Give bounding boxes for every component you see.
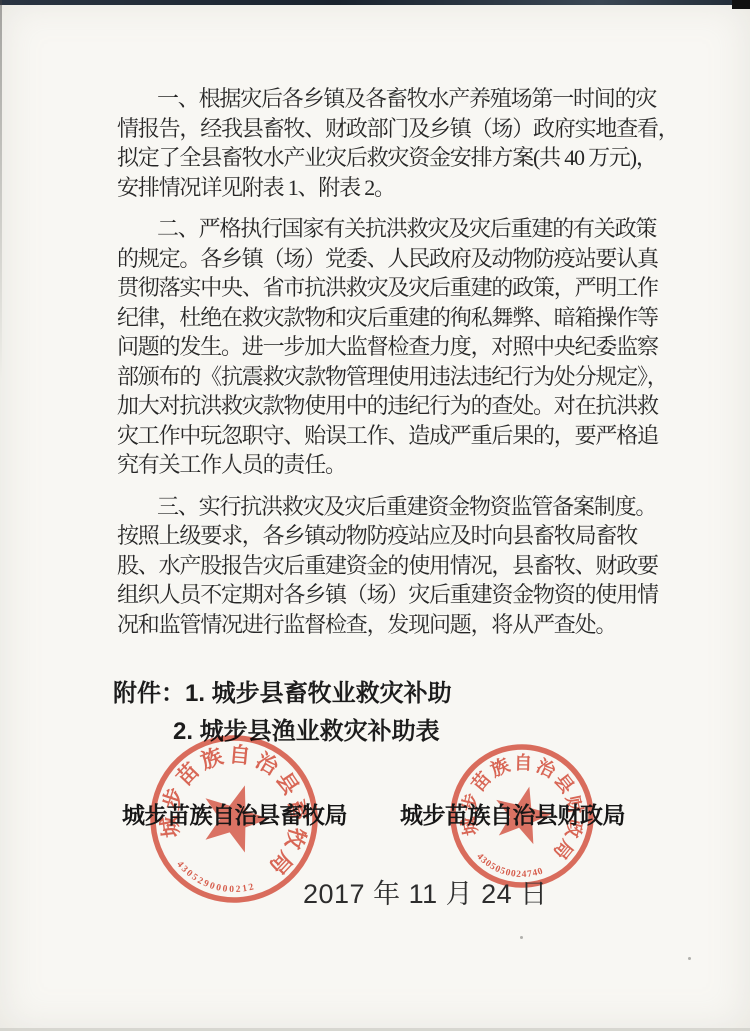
body-text-line: 加大对抗洪救灾款物使用中的违纪行为的查处。对在抗洪救: [117, 391, 677, 421]
body-text-line: 拟定了全县畜牧水产业灾后救灾资金安排方案(共 40 万元)，: [117, 143, 677, 173]
body-text-line: 部颁布的《抗震救灾款物管理使用违法违纪行为处分规定》，: [117, 362, 677, 392]
svg-text:0: 0: [229, 885, 234, 895]
body-text-line: 纪律，杜绝在救灾款物和灾后重建的徇私舞弊、暗箱操作等: [117, 303, 677, 333]
scan-top-edge-artifact: [0, 0, 750, 5]
body-text-line: 二、严格执行国家有关抗洪救灾及灾后重建的有关政策: [117, 214, 677, 244]
body-text-line: 安排情况详见附表 1、附表 2。: [117, 173, 677, 203]
svg-text:族: 族: [487, 754, 513, 782]
signature-agency-livestock: 城步苗族自治县畜牧局: [122, 797, 347, 830]
body-paragraph: 三、实行抗洪救灾及灾后重建资金物资监管备案制度。按照上级要求，各乡镇动物防疫站应…: [117, 492, 677, 640]
attachment-item-1: 1. 城步县畜牧业救灾补助: [185, 680, 452, 707]
body-text-line: 股、水产股报告灾后重建资金的使用情况，县畜牧、财政要: [117, 551, 677, 581]
body-text-line: 问题的发生。进一步加大监督检查力度，对照中央纪委监察: [117, 332, 677, 362]
body-paragraph: 二、严格执行国家有关抗洪救灾及灾后重建的有关政策的规定。各乡镇（场）党委、人民政…: [117, 214, 677, 480]
svg-text:自: 自: [514, 752, 533, 774]
body-text-line: 贯彻落实中央、省市抗洪救灾及灾后重建的政策，严明工作: [117, 273, 677, 303]
body-text-line: 究有关工作人员的责任。: [117, 450, 677, 480]
scanned-document-page: 一、根据灾后各乡镇及各畜牧水产养殖场第一时间的灾情报告，经我县畜牧、财政部门及乡…: [0, 0, 750, 1031]
signature-agency-finance: 城步苗族自治县财政局: [400, 797, 625, 830]
svg-text:局: 局: [549, 835, 577, 863]
body-text-line: 况和监管情况进行监督检查，发现问题，将从严查处。: [117, 610, 677, 640]
svg-text:2: 2: [248, 882, 255, 893]
body-text-line: 灾工作中玩忽职守、贻误工作、造成严重后果的，要严格追: [117, 421, 677, 451]
scan-left-edge-artifact: [0, 0, 2, 380]
body-text-line: 按照上级要求，各乡镇动物防疫站应及时向县畜牧局畜牧: [117, 521, 677, 551]
body-paragraph: 一、根据灾后各乡镇及各畜牧水产养殖场第一时间的灾情报告，经我县畜牧、财政部门及乡…: [117, 84, 677, 202]
svg-text:0: 0: [215, 883, 222, 894]
body-text-line: 情报告，经我县畜牧、财政部门及乡镇（场）政府实地查看，: [117, 114, 677, 144]
scan-corner-artifact: [732, 0, 750, 9]
document-body: 一、根据灾后各乡镇及各畜牧水产养殖场第一时间的灾情报告，经我县畜牧、财政部门及乡…: [117, 84, 677, 651]
svg-text:族: 族: [198, 744, 227, 774]
svg-text:0: 0: [222, 884, 228, 895]
body-text-line: 组织人员不定期对各乡镇（场）灾后重建资金物资的使用情: [117, 580, 677, 610]
body-text-line: 一、根据灾后各乡镇及各畜牧水产养殖场第一时间的灾: [117, 84, 677, 114]
attachment-label: 附件：: [113, 680, 185, 707]
body-text-line: 三、实行抗洪救灾及灾后重建资金物资监管备案制度。: [117, 492, 677, 522]
scan-speck-artifact: [520, 936, 523, 939]
svg-text:自: 自: [228, 742, 252, 768]
svg-text:2: 2: [235, 885, 241, 895]
document-date: 2017 年 11 月 24 日: [303, 872, 548, 911]
body-text-line: 的规定。各乡镇（场）党委、人民政府及动物防疫站要认真: [117, 244, 677, 274]
scan-speck-artifact: [688, 957, 691, 960]
attachment-line-1: 附件：1. 城步县畜牧业救灾补助: [113, 680, 452, 718]
